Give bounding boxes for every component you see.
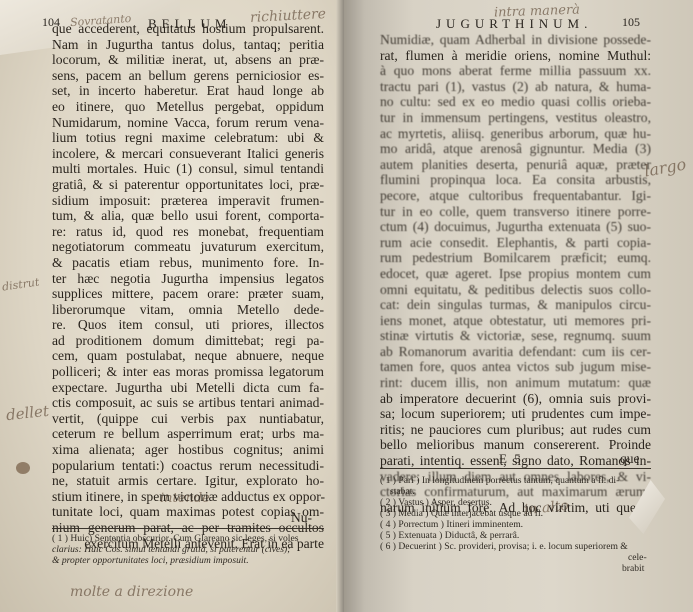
text-line: Numidiæ, quam Adherbal in divisione poss…: [380, 32, 651, 48]
signature-mark: E 5: [499, 451, 523, 467]
footnote-rule: [52, 528, 324, 529]
text-line: no cultu: sed ex eo medio quasi collis o…: [380, 94, 651, 110]
catchword: que: [620, 451, 640, 467]
footnote-rule: [380, 468, 651, 469]
text-line: ab imperatore decuerint (6), omnia suis …: [380, 391, 651, 407]
text-line: ab Romanorum avaritia defendant: cum iis…: [380, 344, 651, 360]
footnote-line: ( 1 ) Huic) Sententia obscurior. Cum Gla…: [52, 533, 332, 544]
text-line: gratiâ, & si paterentur opportunitates l…: [52, 177, 324, 193]
text-line: negotiatorum commeatu juvaturum exercitu…: [52, 239, 324, 255]
text-line: re: ratus id, quod res monebat, frequent…: [52, 224, 324, 240]
body-text: que accederent, equitatus hostium propul…: [52, 21, 324, 551]
text-line: tur in immensum pertingens, vestitus ole…: [380, 110, 651, 126]
text-line: xima alienata; ager hostibus cognitus; a…: [52, 442, 324, 458]
text-line: iens monet, atque obtestatur, uti memore…: [380, 313, 651, 329]
left-page: 104 BELLUM Sovratanto richiuttere distru…: [0, 0, 344, 612]
text-line: ac myrtetis, aliisq. generibus arborum, …: [380, 126, 651, 142]
text-line: stinæ virtutis & victoriæ, sese, regnumq…: [380, 328, 651, 344]
footnote-line: ( 6 ) Decuerint ) Sc. provideri, provisa…: [380, 541, 670, 552]
text-line: cat: dein singulas turmas, & manipulos c…: [380, 297, 651, 313]
text-line: ritis; ne pauciores cum pluribus; aut ru…: [380, 422, 651, 438]
text-line: cem, quam postulabat, neque abnuere, neq…: [52, 348, 324, 364]
ink-stain: [16, 462, 30, 474]
text-line: vertit, (quippe cui verbis pax nuntiabat…: [52, 411, 324, 427]
footnote-line: ( 1 ) Pari ) In longitudinem porrectus t…: [380, 475, 670, 486]
text-line: rint: ducem illis, non animum mutatum: q…: [380, 375, 651, 391]
text-line: pecore, atque cultoribus frequentabantur…: [380, 188, 651, 204]
text-line: edocet, quæ ageret. Ipse propius montem …: [380, 266, 651, 282]
text-line: rum acie consedit. Elephantis, & parti c…: [380, 235, 651, 251]
text-line: supplices mittere, pacem orare: præter s…: [52, 286, 324, 302]
text-line: & pacatis etiam rebus, munimento fore. I…: [52, 255, 324, 271]
footnote-line: ( 3 ) Media ) Quæ interjacebat usque ad …: [380, 508, 670, 519]
text-line: que accederent, equitatus hostium propul…: [52, 21, 324, 37]
text-line: sens, pacem an bellum gerens perniciosio…: [52, 68, 324, 84]
text-line: polliceri; & inter eas moras promissa le…: [52, 364, 324, 380]
text-line: flumini propinqua loca. Ea consita arbus…: [380, 172, 651, 188]
text-line: re. Quos item consul, uti priores, illec…: [52, 317, 324, 333]
footnote-line: brabit: [380, 563, 670, 574]
text-line: lium totius regni maxime celebratum: ubi…: [52, 130, 324, 146]
footnote-line: ( 4 ) Porrectum ) Itineri imminentem.: [380, 519, 670, 530]
text-line: ad proditionem domum dimittebat; regi pa…: [52, 333, 324, 349]
footnotes: ( 1 ) Pari ) In longitudinem porrectus t…: [380, 475, 670, 574]
text-line: mo aridâ, atque arenosâ gignuntur. Media…: [380, 141, 651, 157]
handwritten-note: intra manerà: [494, 3, 580, 21]
text-line: ne, statuit armis certare. Igitur, explo…: [52, 473, 324, 489]
text-line: autem planities deserta, penuriâ aquæ, p…: [380, 157, 651, 173]
page-number: 105: [622, 15, 640, 30]
text-line: incolere, & mercari consueverant Italici…: [52, 146, 324, 162]
text-line: sidium imposuit: præterea imperavit frum…: [52, 193, 324, 209]
text-line: tur in eo colle, quem transverso itinere…: [380, 204, 651, 220]
footnote-line: ( 5 ) Extenuata ) Diductâ, & perrarâ.: [380, 530, 670, 541]
text-line: rum pedestrium Bomilcarem præficit; eumq…: [380, 250, 651, 266]
text-line: Numidarum, nomine Vacca, forum rerum ven…: [52, 115, 324, 131]
body-text: Numidiæ, quam Adherbal in divisione poss…: [380, 32, 651, 515]
text-line: sa; locum superiorem; uti prudentes cum …: [380, 406, 651, 422]
text-line: omni equitatu, & peditibus delectis suos…: [380, 282, 651, 298]
book-spread: 104 BELLUM Sovratanto richiuttere distru…: [0, 0, 693, 612]
text-line: ctis composuit, ac suis se artibus tenta…: [52, 395, 324, 411]
text-line: Nam in Jugurtha tantus dolus, tantaq; pe…: [52, 37, 324, 53]
footnote-line: stabat.: [380, 486, 670, 497]
text-line: multi mortales. Huic (1) consul, simul t…: [52, 161, 324, 177]
footnote-line: & propter opportunitates loci, præsidium…: [52, 555, 332, 566]
text-line: tractu pari (1), vastus (2) ab natura, &…: [380, 79, 651, 95]
text-line: ctum (4) docuimus, Jugurtha extenuata (5…: [380, 219, 651, 235]
text-line: ter hæc negotia Jugurtha impensius legat…: [52, 271, 324, 287]
text-line: à quo mons aberat ferme millia passuum x…: [380, 63, 651, 79]
text-line: set, in incerto haberetur. Erat haud lon…: [52, 83, 324, 99]
text-line: tunitate loci, quam maximas potest copia…: [52, 504, 324, 520]
text-line: tamen fore, quos antea victos sub jugum …: [380, 359, 651, 375]
text-line: popularium tentati:) coactus rerum neces…: [52, 458, 324, 474]
handwritten-note: distrut: [1, 275, 40, 293]
text-line: expectare. Jugurtha ubi Metelli dicta cu…: [52, 380, 324, 396]
catchword: Nu-: [291, 510, 312, 526]
text-line: liberorumque vitam, omnia Metello dede-: [52, 302, 324, 318]
footnote-line: clarius: Huic Cos. simul tentandi gratiâ…: [52, 544, 332, 555]
footnotes: ( 1 ) Huic) Sententia obscurior. Cum Gla…: [52, 533, 332, 566]
right-page: JUGURTHINUM. 105 intra manerà largo in a…: [344, 0, 693, 612]
text-line: ceterum re bellum asperrimum erat; urbs …: [52, 426, 324, 442]
text-line: stium itinere, in spem victoriæ adductus…: [52, 489, 324, 505]
handwritten-note: molte a direzione: [70, 584, 193, 600]
text-line: rat, flumen à meridie oriens, nomine Mut…: [380, 48, 651, 64]
text-line: tum, & alia, quæ bello usui forent, comp…: [52, 208, 324, 224]
text-line: eo itinere, quo Metellus pergebat, oppid…: [52, 99, 324, 115]
text-line: locorum, & militiæ inerat, ut, absens an…: [52, 52, 324, 68]
handwritten-note: dellet: [5, 402, 50, 424]
footnote-line: cele-: [380, 552, 670, 563]
footnote-line: ( 2 ) Vastus ) Asper, desertus.: [380, 497, 670, 508]
